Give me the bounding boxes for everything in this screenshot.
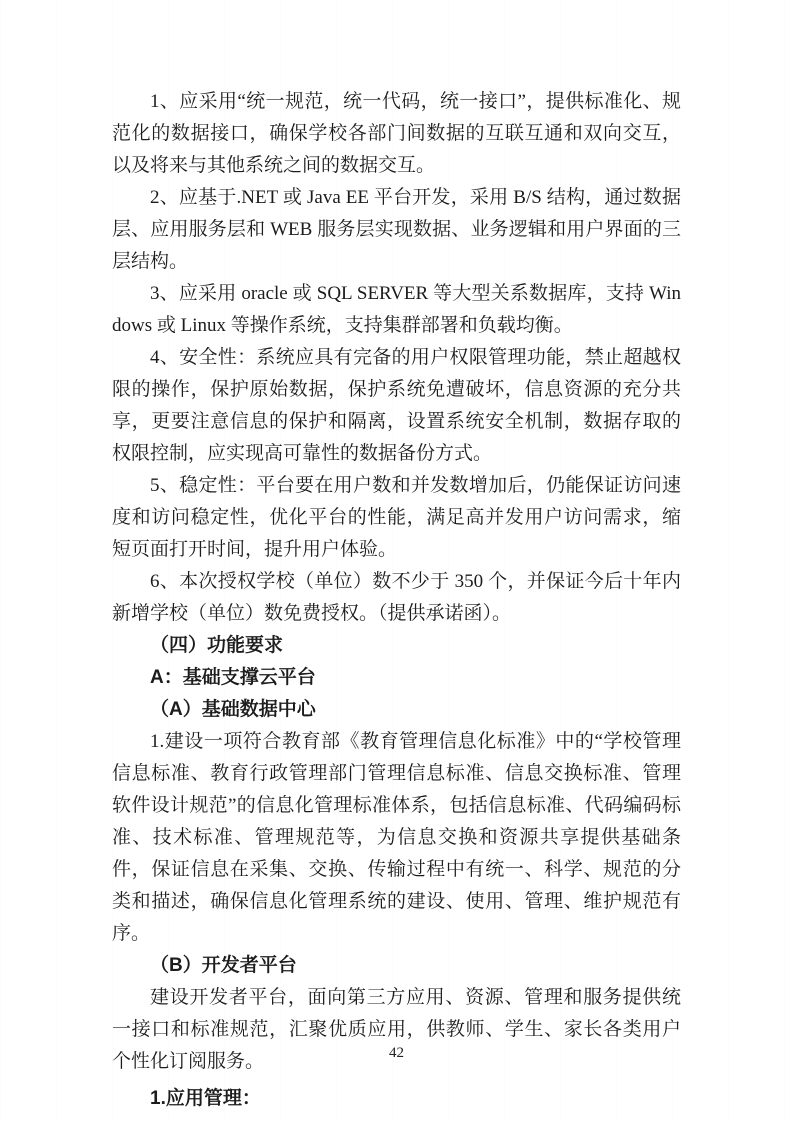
document-page: 1、应采用“统一规范，统一代码，统一接口”，提供标准化、规范化的数据接口，确保学…: [0, 0, 793, 1122]
paragraph-requirement-1: 1、应采用“统一规范，统一代码，统一接口”，提供标准化、规范化的数据接口，确保学…: [112, 86, 681, 182]
paragraph-data-center-detail: 1.建设一项符合教育部《教育管理信息化标准》中的“学校管理信息标准、教育行政管理…: [112, 726, 681, 950]
heading-app-management: 1.应用管理：: [112, 1083, 681, 1115]
paragraph-requirement-6-license: 6、本次授权学校（单位）数不少于 350 个，并保证今后十年内新增学校（单位）数…: [112, 566, 681, 630]
document-body: 1、应采用“统一规范，统一代码，统一接口”，提供标准化、规范化的数据接口，确保学…: [112, 86, 681, 1115]
paragraph-requirement-5-stability: 5、稳定性：平台要在用户数和并发数增加后，仍能保证访问速度和访问稳定性，优化平台…: [112, 470, 681, 566]
paragraph-requirement-4-security: 4、安全性：系统应具有完备的用户权限管理功能，禁止超越权限的操作，保护原始数据，…: [112, 342, 681, 470]
heading-base-data-center: （A）基础数据中心: [112, 694, 681, 726]
paragraph-requirement-3: 3、应采用 oracle 或 SQL SERVER 等大型关系数据库，支持 Wi…: [112, 278, 681, 342]
page-number: 42: [0, 1044, 793, 1062]
paragraph-developer-platform-detail: 建设开发者平台，面向第三方应用、资源、管理和服务提供统一接口和标准规范，汇聚优质…: [112, 982, 681, 1078]
heading-developer-platform: （B）开发者平台: [112, 950, 681, 982]
paragraph-requirement-2: 2、应基于.NET 或 Java EE 平台开发，采用 B/S 结构，通过数据层…: [112, 182, 681, 278]
heading-functional-requirements: （四）功能要求: [112, 630, 681, 662]
heading-base-cloud-platform: A：基础支撑云平台: [112, 662, 681, 694]
